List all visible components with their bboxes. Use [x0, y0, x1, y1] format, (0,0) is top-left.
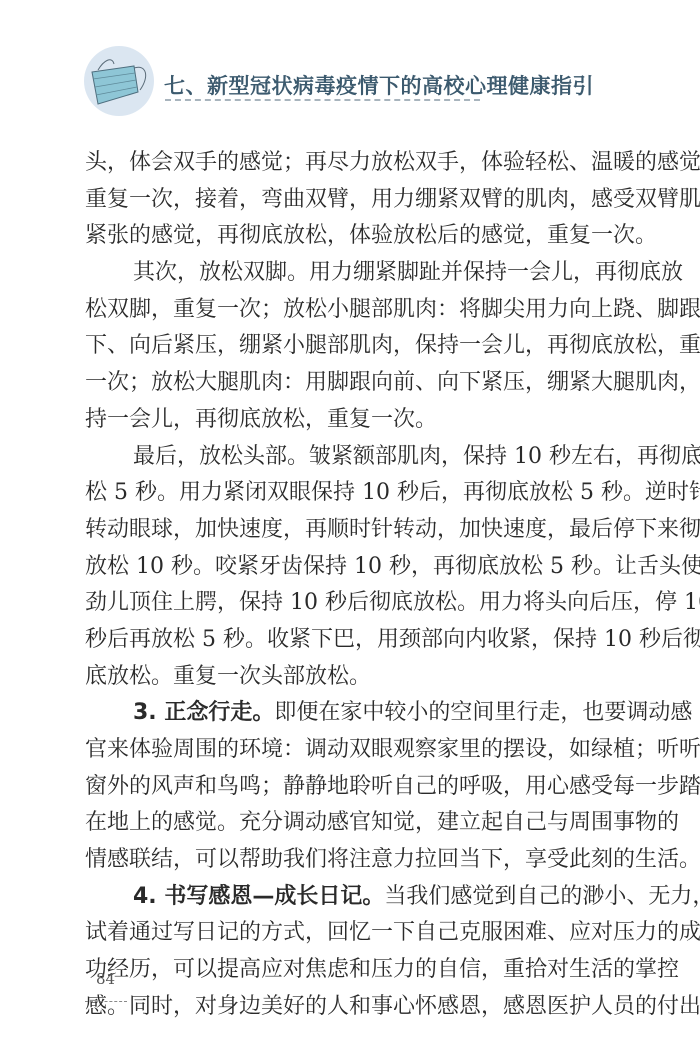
text-line: 试着通过写日记的方式，回忆一下自己克服困难、应对压力的成: [85, 915, 669, 952]
text-line: 一次；放松大腿肌肉：用脚跟向前、向下紧压，绷紧大腿肌肉，保: [85, 365, 669, 402]
face-mask-icon: [84, 46, 154, 116]
footer-divider: [85, 1001, 127, 1002]
text-line: 4. 书写感恩—成长日记。当我们感觉到自己的渺小、无力，: [85, 879, 669, 916]
text-line: 情感联结，可以帮助我们将注意力拉回当下，享受此刻的生活。: [85, 842, 669, 879]
text-line: 放松 10 秒。咬紧牙齿保持 10 秒，再彻底放松 5 秒。让舌头使: [85, 549, 669, 586]
text-line: 转动眼球，加快速度，再顺时针转动，加快速度，最后停下来彻底: [85, 512, 669, 549]
text-segment: 当我们感觉到自己的渺小、无力，: [384, 884, 700, 909]
text-line: 其次，放松双脚。用力绷紧脚趾并保持一会儿，再彻底放: [85, 255, 669, 292]
text-line: 底放松。重复一次头部放松。: [85, 659, 669, 696]
section-heading-mindful-walking: 3. 正念行走。: [133, 700, 274, 725]
text-line: 官来体验周围的环境：调动双眼观察家里的摆设，如绿植；听听: [85, 732, 669, 769]
text-line: 紧张的感觉，再彻底放松，体验放松后的感觉，重复一次。: [85, 218, 669, 255]
text-line: 3. 正念行走。即便在家中较小的空间里行走，也要调动感: [85, 695, 669, 732]
chapter-title: 七、新型冠状病毒疫情下的高校心理健康指引: [164, 70, 594, 100]
text-line: 秒后再放松 5 秒。收紧下巴，用颈部向内收紧，保持 10 秒后彻: [85, 622, 669, 659]
text-line: 重复一次，接着，弯曲双臂，用力绷紧双臂的肌肉，感受双臂肌肉: [85, 182, 669, 219]
page-number: 84: [96, 970, 115, 988]
text-line: 窗外的风声和鸟鸣；静静地聆听自己的呼吸，用心感受每一步踏: [85, 769, 669, 806]
chapter-header: 七、新型冠状病毒疫情下的高校心理健康指引: [0, 0, 700, 130]
text-line: 在地上的感觉。充分调动感官知觉，建立起自己与周围事物的: [85, 805, 669, 842]
text-line: 感。同时，对身边美好的人和事心怀感恩，感恩医护人员的付出、: [85, 989, 669, 1026]
text-line: 头，体会双手的感觉；再尽力放松双手，体验轻松、温暖的感觉，: [85, 145, 669, 182]
text-line: 松 5 秒。用力紧闭双眼保持 10 秒后，再彻底放松 5 秒。逆时针: [85, 475, 669, 512]
header-divider: [165, 99, 480, 101]
text-line: 松双脚，重复一次；放松小腿部肌肉：将脚尖用力向上跷、脚跟向: [85, 292, 669, 329]
text-line: 功经历，可以提高应对焦虑和压力的自信，重拾对生活的掌控: [85, 952, 669, 989]
text-line: 持一会儿，再彻底放松，重复一次。: [85, 402, 669, 439]
text-line: 下、向后紧压，绷紧小腿部肌肉，保持一会儿，再彻底放松，重复: [85, 328, 669, 365]
text-segment: 即便在家中较小的空间里行走，也要调动感: [274, 700, 692, 725]
text-line: 劲儿顶住上腭，保持 10 秒后彻底放松。用力将头向后压，停 10: [85, 585, 669, 622]
section-heading-gratitude-journal: 4. 书写感恩—成长日记。: [133, 884, 384, 909]
text-line: 最后，放松头部。皱紧额部肌肉，保持 10 秒左右，再彻底放: [85, 439, 669, 476]
body-text: 头，体会双手的感觉；再尽力放松双手，体验轻松、温暖的感觉， 重复一次，接着，弯曲…: [85, 145, 669, 1026]
